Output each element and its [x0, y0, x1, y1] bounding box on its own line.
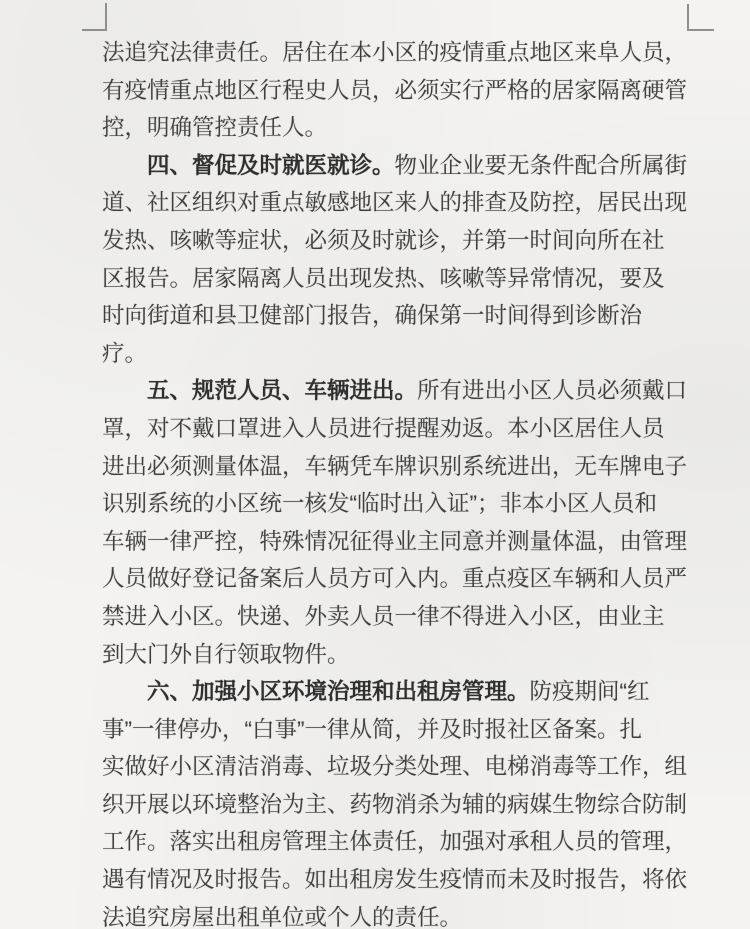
text-line: 四、督促及时就医就诊。物业企业要无条件配合所属街 — [102, 147, 702, 185]
body-run-text: 织开展以环境整治为主、药物消杀为辅的病媒生物综合防制 — [102, 792, 687, 817]
text-line: 识别系统的小区统一核发“临时出入证”；非本小区人员和 — [102, 485, 702, 523]
text-line: 遇有情况及时报告。如出租房发生疫情而未及时报告，将依 — [102, 861, 702, 899]
text-line: 事”一律停办，“白事”一律从简，并及时报社区备案。扎 — [102, 711, 702, 749]
body-run-text: 识别系统的小区统一核发“临时出入证”；非本小区人员和 — [102, 491, 657, 516]
text-line: 发热、咳嗽等症状，必须及时就诊，并第一时间向所在社 — [102, 222, 702, 260]
text-line: 实做好小区清洁消毒、垃圾分类处理、电梯消毒等工作，组 — [102, 748, 702, 786]
text-line: 六、加强小区环境治理和出租房管理。防疫期间“红 — [102, 673, 702, 711]
section-heading-text: 五、规范人员、车辆进出。 — [147, 378, 417, 403]
text-line: 罩，对不戴口罩进入人员进行提醒劝返。本小区居住人员 — [102, 410, 702, 448]
text-line: 禁进入小区。快递、外卖人员一律不得进入小区，由业主 — [102, 598, 702, 636]
body-run-text: 道、社区组织对重点敏感地区来人的排查及防控，居民出现 — [102, 190, 687, 215]
text-line: 人员做好登记备案后人员方可入内。重点疫区车辆和人员严 — [102, 560, 702, 598]
text-line: 区报告。居家隔离人员出现发热、咳嗽等异常情况，要及 — [102, 260, 702, 298]
body-run-text: 区报告。居家隔离人员出现发热、咳嗽等异常情况，要及 — [102, 266, 665, 291]
body-run-text: 实做好小区清洁消毒、垃圾分类处理、电梯消毒等工作，组 — [102, 754, 687, 779]
text-line: 法追究法律责任。居住在本小区的疫情重点地区来阜人员， — [102, 34, 702, 72]
text-line: 法追究房屋出租单位或个人的责任。 — [102, 899, 702, 929]
body-run-text: 禁进入小区。快递、外卖人员一律不得进入小区，由业主 — [102, 604, 665, 629]
text-line: 控，明确管控责任人。 — [102, 109, 702, 147]
body-run-text: 物业企业要无条件配合所属街 — [395, 153, 688, 178]
text-line: 车辆一律严控，特殊情况征得业主同意并测量体温，由管理 — [102, 523, 702, 561]
text-line: 五、规范人员、车辆进出。所有进出小区人员必须戴口 — [102, 372, 702, 410]
section-heading-text: 六、加强小区环境治理和出租房管理。 — [147, 679, 530, 704]
body-run-text: 法追究法律责任。居住在本小区的疫情重点地区来阜人员， — [102, 40, 687, 65]
text-line: 疗。 — [102, 335, 702, 373]
document-body-text: 法追究法律责任。居住在本小区的疫情重点地区来阜人员，有疫情重点地区行程史人员，必… — [102, 34, 702, 929]
body-run-text: 遇有情况及时报告。如出租房发生疫情而未及时报告，将依 — [102, 867, 687, 892]
body-run-text: 疗。 — [102, 341, 147, 366]
text-boundary-mark-top-right-icon — [687, 4, 714, 31]
body-run-text: 控，明确管控责任人。 — [102, 115, 327, 140]
text-line: 工作。落实出租房管理主体责任，加强对承租人员的管理， — [102, 823, 702, 861]
document-page: 法追究法律责任。居住在本小区的疫情重点地区来阜人员，有疫情重点地区行程史人员，必… — [0, 0, 750, 929]
body-run-text: 人员做好登记备案后人员方可入内。重点疫区车辆和人员严 — [102, 566, 687, 591]
body-run-text: 车辆一律严控，特殊情况征得业主同意并测量体温，由管理 — [102, 529, 687, 554]
text-line: 到大门外自行领取物件。 — [102, 636, 702, 674]
text-line: 道、社区组织对重点敏感地区来人的排查及防控，居民出现 — [102, 184, 702, 222]
body-run-text: 发热、咳嗽等症状，必须及时就诊，并第一时间向所在社 — [102, 228, 665, 253]
body-run-text: 事”一律停办，“白事”一律从简，并及时报社区备案。扎 — [102, 717, 642, 742]
text-line: 有疫情重点地区行程史人员，必须实行严格的居家隔离硬管 — [102, 72, 702, 110]
body-run-text: 防疫期间“红 — [530, 679, 650, 704]
body-run-text: 有疫情重点地区行程史人员，必须实行严格的居家隔离硬管 — [102, 78, 687, 103]
body-run-text: 工作。落实出租房管理主体责任，加强对承租人员的管理， — [102, 829, 687, 854]
body-run-text: 罩，对不戴口罩进入人员进行提醒劝返。本小区居住人员 — [102, 416, 665, 441]
text-line: 进出必须测量体温，车辆凭车牌识别系统进出，无车牌电子 — [102, 448, 702, 486]
body-run-text: 进出必须测量体温，车辆凭车牌识别系统进出，无车牌电子 — [102, 454, 687, 479]
section-heading-text: 四、督促及时就医就诊。 — [147, 153, 395, 178]
text-line: 时向街道和县卫健部门报告，确保第一时间得到诊断治 — [102, 297, 702, 335]
body-run-text: 时向街道和县卫健部门报告，确保第一时间得到诊断治 — [102, 303, 642, 328]
body-run-text: 到大门外自行领取物件。 — [102, 642, 350, 667]
text-boundary-mark-top-left-icon — [82, 3, 107, 31]
text-line: 织开展以环境整治为主、药物消杀为辅的病媒生物综合防制 — [102, 786, 702, 824]
body-run-text: 所有进出小区人员必须戴口 — [417, 378, 687, 403]
body-run-text: 法追究房屋出租单位或个人的责任。 — [102, 905, 462, 929]
